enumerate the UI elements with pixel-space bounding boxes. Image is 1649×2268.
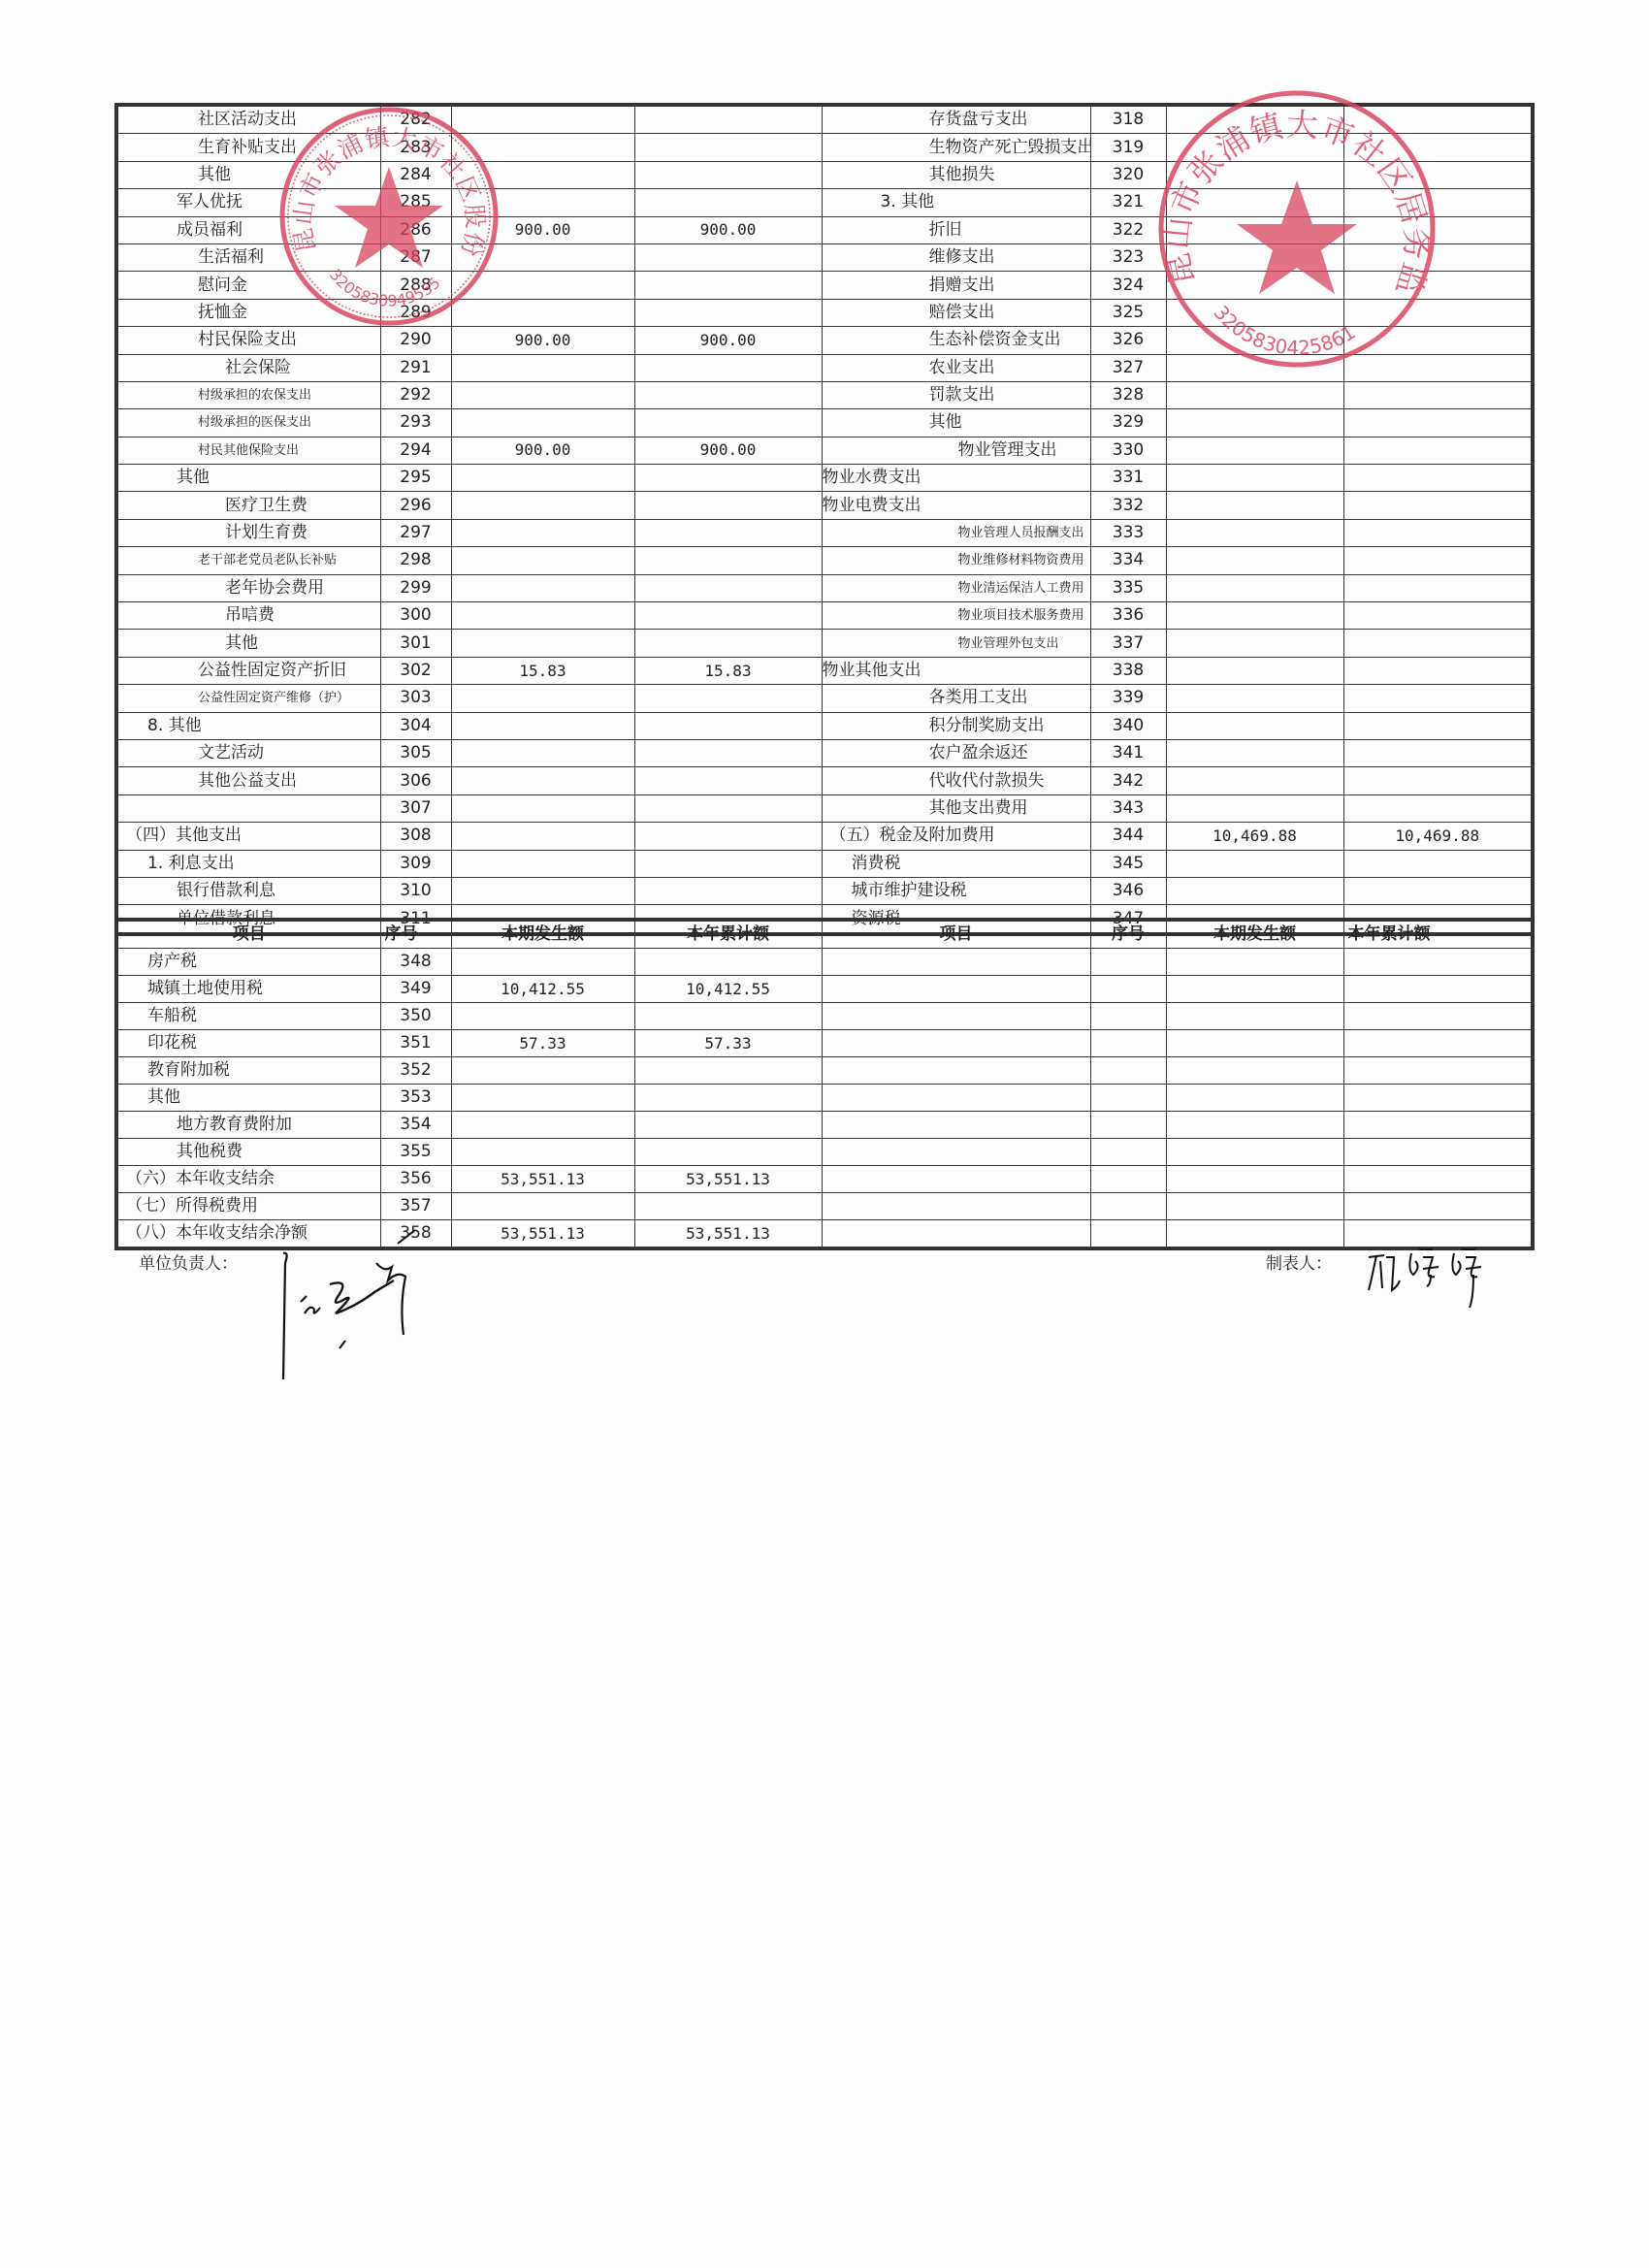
row-number: 306 (380, 767, 451, 794)
item-label: 计划生育费 (116, 519, 380, 546)
current-period-amount (1166, 767, 1343, 794)
current-period-amount (1166, 272, 1343, 299)
empty-cell (822, 1139, 1090, 1166)
empty-cell (1166, 1085, 1343, 1112)
item-label: 其他 (822, 409, 1090, 437)
row-number: 295 (380, 465, 451, 492)
table-row: 村级承担的农保支出292罚款支出328 (116, 381, 1533, 408)
year-to-date-amount (1343, 161, 1533, 188)
row-number: 318 (1090, 105, 1166, 134)
table-row: 印花税35157.3357.33 (116, 1030, 1533, 1057)
row-number: 298 (380, 547, 451, 574)
item-label: 抚恤金 (116, 299, 380, 326)
year-to-date-amount (1343, 574, 1533, 601)
empty-cell (1343, 949, 1533, 976)
current-period-amount (1166, 574, 1343, 601)
row-number: 289 (380, 299, 451, 326)
year-to-date-amount (634, 519, 822, 546)
item-label: 吊唁费 (116, 602, 380, 630)
item-label: 折旧 (822, 216, 1090, 243)
row-number: 282 (380, 105, 451, 134)
current-period-amount (1166, 657, 1343, 684)
unit-head-signature (262, 1224, 524, 1384)
row-number: 302 (380, 657, 451, 684)
current-period-amount (451, 465, 634, 492)
item-label: 军人优抚 (116, 189, 380, 216)
year-to-date-amount (634, 105, 822, 134)
header-item-right: 项目 (822, 920, 1090, 949)
row-number: 309 (380, 850, 451, 877)
row-number: 343 (1090, 794, 1166, 822)
row-number: 301 (380, 630, 451, 657)
empty-cell (1343, 1112, 1533, 1139)
row-number: 297 (380, 519, 451, 546)
empty-cell (1343, 1193, 1533, 1220)
row-number: 291 (380, 354, 451, 381)
year-to-date-amount (634, 1112, 822, 1139)
year-to-date-amount (1343, 657, 1533, 684)
table-row: 其他353 (116, 1085, 1533, 1112)
row-number: 332 (1090, 492, 1166, 519)
empty-cell (1343, 1166, 1533, 1193)
item-label: 公益性固定资产维修（护） (116, 685, 380, 712)
empty-cell (822, 976, 1090, 1003)
empty-cell (822, 1112, 1090, 1139)
year-to-date-amount (634, 949, 822, 976)
year-to-date-amount (634, 685, 822, 712)
empty-cell (1090, 949, 1166, 976)
year-to-date-amount (1343, 189, 1533, 216)
table-row: 8. 其他304积分制奖励支出340 (116, 712, 1533, 739)
empty-cell (822, 1220, 1090, 1249)
row-number: 325 (1090, 299, 1166, 326)
year-to-date-amount (634, 1057, 822, 1085)
year-to-date-amount (634, 189, 822, 216)
current-period-amount (451, 243, 634, 271)
item-label: 物业管理支出 (822, 437, 1090, 464)
table-row: 房产税348 (116, 949, 1533, 976)
table-row: 307其他支出费用343 (116, 794, 1533, 822)
year-to-date-amount (634, 574, 822, 601)
item-label: 罚款支出 (822, 381, 1090, 408)
empty-cell (1090, 1057, 1166, 1085)
row-number: 355 (380, 1139, 451, 1166)
row-number: 292 (380, 381, 451, 408)
current-period-amount (1166, 161, 1343, 188)
item-label: 教育附加税 (116, 1057, 380, 1085)
item-label: 老干部老党员老队长补贴 (116, 547, 380, 574)
item-label: 其他 (116, 630, 380, 657)
year-to-date-amount (1343, 794, 1533, 822)
year-to-date-amount: 10,469.88 (1343, 823, 1533, 850)
row-number: 290 (380, 327, 451, 354)
table-row: 老年协会费用299物业清运保洁人工费用335 (116, 574, 1533, 601)
table-row: 公益性固定资产折旧30215.8315.83物业其他支出338 (116, 657, 1533, 684)
table-row: 城镇土地使用税34910,412.5510,412.55 (116, 976, 1533, 1003)
empty-cell (1166, 1139, 1343, 1166)
year-to-date-amount (1343, 465, 1533, 492)
year-to-date-amount (1343, 712, 1533, 739)
year-to-date-amount (1343, 602, 1533, 630)
year-to-date-amount (634, 602, 822, 630)
row-number: 342 (1090, 767, 1166, 794)
row-number: 308 (380, 823, 451, 850)
empty-cell (1343, 976, 1533, 1003)
item-label: 社会保险 (116, 354, 380, 381)
item-label: 城市维护建设税 (822, 877, 1090, 904)
item-label: 公益性固定资产折旧 (116, 657, 380, 684)
year-to-date-amount (1343, 327, 1533, 354)
row-number: 307 (380, 794, 451, 822)
current-period-amount (1166, 327, 1343, 354)
current-period-amount (451, 739, 634, 766)
year-to-date-amount: 53,551.13 (634, 1166, 822, 1193)
table-row: 吊唁费300物业项目技术服务费用336 (116, 602, 1533, 630)
row-number: 303 (380, 685, 451, 712)
item-label: 生态补偿资金支出 (822, 327, 1090, 354)
table-row: 军人优抚2853. 其他321 (116, 189, 1533, 216)
year-to-date-amount (1343, 877, 1533, 904)
row-number: 335 (1090, 574, 1166, 601)
year-to-date-amount (1343, 381, 1533, 408)
income-expense-table-continued: 社区活动支出282存货盘亏支出318生育补贴支出283生物资产死亡毁损支出319… (114, 103, 1535, 936)
table-row: 抚恤金289赔偿支出325 (116, 299, 1533, 326)
item-label: 代收代付款损失 (822, 767, 1090, 794)
header-ytd: 本年累计额 (634, 920, 822, 949)
item-label (116, 794, 380, 822)
year-to-date-amount (1343, 299, 1533, 326)
current-period-amount (451, 877, 634, 904)
row-number: 357 (380, 1193, 451, 1220)
year-to-date-amount (634, 161, 822, 188)
current-period-amount (451, 105, 634, 134)
header-current: 本期发生额 (451, 920, 634, 949)
empty-cell (1090, 1193, 1166, 1220)
current-period-amount (451, 1112, 634, 1139)
item-label: 社区活动支出 (116, 105, 380, 134)
row-number: 353 (380, 1085, 451, 1112)
row-number: 323 (1090, 243, 1166, 271)
empty-cell (822, 1166, 1090, 1193)
table-row: 其他301物业管理外包支出337 (116, 630, 1533, 657)
current-period-amount (1166, 134, 1343, 161)
empty-cell (1166, 949, 1343, 976)
item-label: 成员福利 (116, 216, 380, 243)
current-period-amount (451, 189, 634, 216)
current-period-amount (1166, 519, 1343, 546)
current-period-amount: 900.00 (451, 437, 634, 464)
row-number: 293 (380, 409, 451, 437)
empty-cell (1090, 976, 1166, 1003)
empty-cell (1166, 1220, 1343, 1249)
current-period-amount: 900.00 (451, 216, 634, 243)
table-row: 文艺活动305农户盈余返还341 (116, 739, 1533, 766)
year-to-date-amount (634, 877, 822, 904)
current-period-amount (451, 823, 634, 850)
current-period-amount (1166, 381, 1343, 408)
item-label: 农户盈余返还 (822, 739, 1090, 766)
row-number: 338 (1090, 657, 1166, 684)
current-period-amount (451, 134, 634, 161)
header-no-right: 序号 (1090, 920, 1166, 949)
empty-cell (822, 1057, 1090, 1085)
row-number: 350 (380, 1003, 451, 1030)
item-label: 慰问金 (116, 272, 380, 299)
row-number: 346 (1090, 877, 1166, 904)
year-to-date-amount (634, 630, 822, 657)
row-number: 339 (1090, 685, 1166, 712)
item-label: 其他 (116, 161, 380, 188)
year-to-date-amount (1343, 767, 1533, 794)
row-number: 327 (1090, 354, 1166, 381)
row-number: 324 (1090, 272, 1166, 299)
table-row: 其他295物业水费支出331 (116, 465, 1533, 492)
empty-cell (1166, 1003, 1343, 1030)
empty-cell (1090, 1112, 1166, 1139)
year-to-date-amount (634, 739, 822, 766)
year-to-date-amount (634, 1085, 822, 1112)
row-number: 299 (380, 574, 451, 601)
row-number: 336 (1090, 602, 1166, 630)
empty-cell (822, 1085, 1090, 1112)
table-row: 地方教育费附加354 (116, 1112, 1533, 1139)
empty-cell (1343, 1139, 1533, 1166)
item-label: 农业支出 (822, 354, 1090, 381)
item-label: 物业管理外包支出 (822, 630, 1090, 657)
table-row: 医疗卫生费296物业电费支出332 (116, 492, 1533, 519)
item-label: 物业其他支出 (822, 657, 1090, 684)
item-label: 生物资产死亡毁损支出 (822, 134, 1090, 161)
year-to-date-amount (634, 794, 822, 822)
year-to-date-amount (634, 1003, 822, 1030)
empty-cell (1166, 1057, 1343, 1085)
current-period-amount (1166, 105, 1343, 134)
row-number: 352 (380, 1057, 451, 1085)
current-period-amount: 900.00 (451, 327, 634, 354)
current-period-amount (1166, 630, 1343, 657)
item-label: 老年协会费用 (116, 574, 380, 601)
current-period-amount (1166, 409, 1343, 437)
year-to-date-amount (634, 243, 822, 271)
table-row: （七）所得税费用357 (116, 1193, 1533, 1220)
current-period-amount (1166, 437, 1343, 464)
empty-cell (1343, 1085, 1533, 1112)
year-to-date-amount (1343, 630, 1533, 657)
year-to-date-amount (1343, 105, 1533, 134)
item-label: 印花税 (116, 1030, 380, 1057)
table-row: 其他税费355 (116, 1139, 1533, 1166)
year-to-date-amount (634, 465, 822, 492)
row-number: 333 (1090, 519, 1166, 546)
item-label: 物业清运保洁人工费用 (822, 574, 1090, 601)
current-period-amount (1166, 492, 1343, 519)
row-number: 320 (1090, 161, 1166, 188)
table-row: （六）本年收支结余35653,551.1353,551.13 (116, 1166, 1533, 1193)
row-number: 344 (1090, 823, 1166, 850)
current-period-amount (451, 492, 634, 519)
row-number: 340 (1090, 712, 1166, 739)
preparer-signature (1363, 1240, 1508, 1317)
empty-cell (822, 1030, 1090, 1057)
current-period-amount (451, 409, 634, 437)
item-label: 村民其他保险支出 (116, 437, 380, 464)
empty-cell (1090, 1139, 1166, 1166)
row-number: 331 (1090, 465, 1166, 492)
table-row: 1. 利息支出309消费税345 (116, 850, 1533, 877)
empty-cell (1166, 1112, 1343, 1139)
current-period-amount (1166, 794, 1343, 822)
empty-cell (1166, 976, 1343, 1003)
unit-head-label: 单位负责人： (139, 1249, 238, 1274)
header-no: 序号 (380, 920, 451, 949)
current-period-amount: 53,551.13 (451, 1166, 634, 1193)
current-period-amount (451, 161, 634, 188)
row-number: 341 (1090, 739, 1166, 766)
item-label: 物业水费支出 (822, 465, 1090, 492)
item-label: 8. 其他 (116, 712, 380, 739)
table-row: 村民保险支出290900.00900.00生态补偿资金支出326 (116, 327, 1533, 354)
table-row: 其他公益支出306代收代付款损失342 (116, 767, 1533, 794)
current-period-amount (451, 602, 634, 630)
item-label: 村级承担的医保支出 (116, 409, 380, 437)
table-header-row: 项目 序号 本期发生额 本年累计额 项目 序号 本期发生额 本年累计额 (116, 920, 1533, 949)
current-period-amount (1166, 465, 1343, 492)
row-number: 330 (1090, 437, 1166, 464)
year-to-date-amount (634, 299, 822, 326)
empty-cell (822, 1193, 1090, 1220)
current-period-amount (451, 685, 634, 712)
item-label: 车船税 (116, 1003, 380, 1030)
year-to-date-amount (1343, 216, 1533, 243)
header-current-right: 本期发生额 (1166, 920, 1343, 949)
row-number: 288 (380, 272, 451, 299)
current-period-amount: 10,469.88 (1166, 823, 1343, 850)
current-period-amount (451, 1193, 634, 1220)
empty-cell (1166, 1193, 1343, 1220)
current-period-amount (1166, 189, 1343, 216)
current-period-amount (451, 949, 634, 976)
item-label: （七）所得税费用 (116, 1193, 380, 1220)
table-row: 村民其他保险支出294900.00900.00物业管理支出330 (116, 437, 1533, 464)
current-period-amount (451, 1085, 634, 1112)
current-period-amount (1166, 685, 1343, 712)
item-label: 生活福利 (116, 243, 380, 271)
row-number: 329 (1090, 409, 1166, 437)
item-label: 维修支出 (822, 243, 1090, 271)
item-label: 村民保险支出 (116, 327, 380, 354)
empty-cell (1343, 1003, 1533, 1030)
item-label: 各类用工支出 (822, 685, 1090, 712)
current-period-amount (1166, 850, 1343, 877)
item-label: （五）税金及附加费用 (822, 823, 1090, 850)
table-row: 银行借款利息310城市维护建设税346 (116, 877, 1533, 904)
year-to-date-amount (634, 354, 822, 381)
year-to-date-amount: 900.00 (634, 327, 822, 354)
current-period-amount (451, 630, 634, 657)
row-number: 322 (1090, 216, 1166, 243)
row-number: 348 (380, 949, 451, 976)
current-period-amount (451, 1139, 634, 1166)
row-number: 354 (380, 1112, 451, 1139)
year-to-date-amount (634, 850, 822, 877)
year-to-date-amount (1343, 739, 1533, 766)
item-label: 村级承担的农保支出 (116, 381, 380, 408)
item-label: 房产税 (116, 949, 380, 976)
current-period-amount (451, 1057, 634, 1085)
empty-cell (822, 949, 1090, 976)
current-period-amount: 57.33 (451, 1030, 634, 1057)
empty-cell (1090, 1085, 1166, 1112)
empty-cell (1166, 1166, 1343, 1193)
year-to-date-amount (1343, 272, 1533, 299)
year-to-date-amount (1343, 354, 1533, 381)
item-label: 医疗卫生费 (116, 492, 380, 519)
item-label: 其他 (116, 1085, 380, 1112)
row-number: 326 (1090, 327, 1166, 354)
row-number: 328 (1090, 381, 1166, 408)
current-period-amount (451, 712, 634, 739)
item-label: 其他税费 (116, 1139, 380, 1166)
table-row: （四）其他支出308（五）税金及附加费用34410,469.8810,469.8… (116, 823, 1533, 850)
row-number: 356 (380, 1166, 451, 1193)
empty-cell (1090, 1220, 1166, 1249)
current-period-amount (451, 354, 634, 381)
table-row: 教育附加税352 (116, 1057, 1533, 1085)
row-number: 283 (380, 134, 451, 161)
row-number: 321 (1090, 189, 1166, 216)
item-label: 城镇土地使用税 (116, 976, 380, 1003)
item-label: 捐赠支出 (822, 272, 1090, 299)
current-period-amount (451, 850, 634, 877)
year-to-date-amount (634, 1193, 822, 1220)
current-period-amount (451, 794, 634, 822)
row-number: 349 (380, 976, 451, 1003)
year-to-date-amount (1343, 134, 1533, 161)
table-row: 社会保险291农业支出327 (116, 354, 1533, 381)
item-label: 3. 其他 (822, 189, 1090, 216)
current-period-amount (451, 1003, 634, 1030)
item-label: （四）其他支出 (116, 823, 380, 850)
current-period-amount (1166, 299, 1343, 326)
current-period-amount (451, 767, 634, 794)
year-to-date-amount: 57.33 (634, 1030, 822, 1057)
current-period-amount (1166, 739, 1343, 766)
item-label: 其他损失 (822, 161, 1090, 188)
year-to-date-amount: 900.00 (634, 216, 822, 243)
header-ytd-right: 本年累计额 (1343, 920, 1533, 949)
row-number: 294 (380, 437, 451, 464)
year-to-date-amount: 15.83 (634, 657, 822, 684)
current-period-amount (451, 381, 634, 408)
row-number: 285 (380, 189, 451, 216)
row-number: 284 (380, 161, 451, 188)
item-label: 1. 利息支出 (116, 850, 380, 877)
year-to-date-amount (634, 492, 822, 519)
year-to-date-amount (634, 712, 822, 739)
year-to-date-amount (634, 409, 822, 437)
empty-cell (1343, 1030, 1533, 1057)
empty-cell (1343, 1057, 1533, 1085)
empty-cell (1090, 1166, 1166, 1193)
item-label: 积分制奖励支出 (822, 712, 1090, 739)
item-label: 存货盘亏支出 (822, 105, 1090, 134)
year-to-date-amount (1343, 547, 1533, 574)
table-row: 村级承担的医保支出293其他329 (116, 409, 1533, 437)
item-label: 文艺活动 (116, 739, 380, 766)
item-label: 其他支出费用 (822, 794, 1090, 822)
row-number: 337 (1090, 630, 1166, 657)
current-period-amount (451, 299, 634, 326)
